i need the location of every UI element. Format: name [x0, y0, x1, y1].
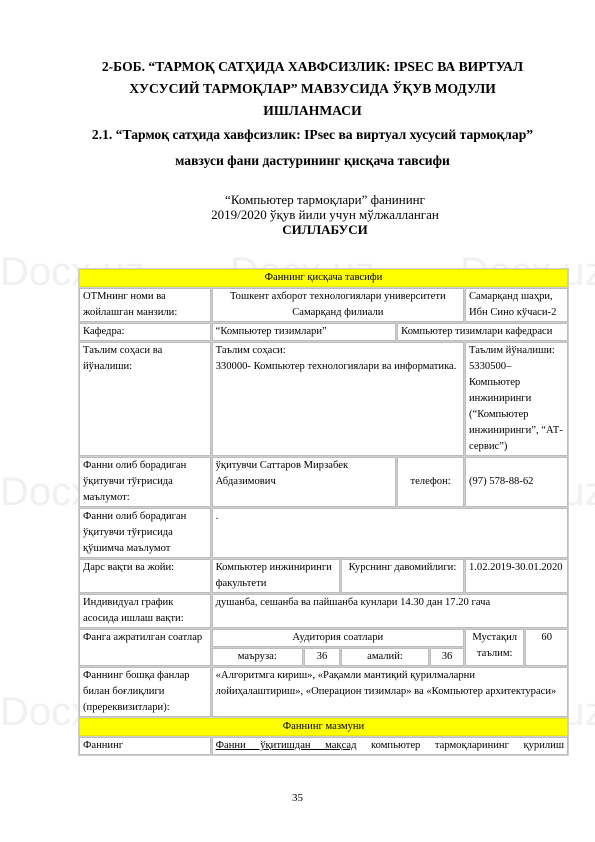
auditorium-label: Аудитория соатлари	[212, 629, 464, 647]
time-place: Компьютер инжиниринги факультети	[212, 559, 340, 593]
prereq-label: Фаннинг бошқа фанлар билан боғлиқлиги (п…	[79, 667, 211, 717]
duration-value: 1.02.2019-30.01.2020	[465, 559, 568, 593]
content-value: Фанни ўқитишдан мақсад компьютер тармоқл…	[212, 737, 568, 755]
page-number: 35	[0, 792, 595, 804]
extra-info-value: .	[212, 508, 568, 558]
chapter-heading-line1: 2-БОБ. “ТАРМОҚ САТҲИДА ХАВФСИЗЛИК: IPSEC…	[60, 56, 565, 78]
department-full: Компьютер тизимлари кафедраси	[397, 323, 568, 341]
schedule-label: Индивидуал график асосида ишлаш вақти:	[79, 594, 211, 628]
section-header-content: Фаннинг мазмуни	[79, 718, 568, 736]
syllabus-subtitle: “Компьютер тармоқлари” фанининг 2019/202…	[100, 192, 550, 237]
hours-label: Фанга ажратилган соатлар	[79, 629, 211, 666]
teacher-name: ўқитувчи Саттаров Мирзабек Абдазимович	[212, 457, 397, 507]
schedule-value: душанба, сешанба ва пайшанба кунлари 14.…	[212, 594, 568, 628]
subtitle-line1: “Компьютер тармоқлари” фанининг	[100, 192, 550, 207]
prereq-value: «Алгоритмга кириш», «Рақамли мантиқий қу…	[212, 667, 568, 717]
teacher-label: Фанни олиб борадиган ўқитувчи тўғрисида …	[79, 457, 211, 507]
field-label: Таълим соҳаси ва йўналиши:	[79, 342, 211, 456]
phone-value: (97) 578-88-62	[465, 457, 568, 507]
lecture-hours: 36	[304, 648, 340, 666]
content-value-rest: компьютер тармоқларининг қурилиш	[357, 740, 564, 751]
phone-label: телефон:	[397, 457, 464, 507]
university-label: ОТМнинг номи ва жойлашган манзили:	[79, 288, 211, 322]
section-heading: 2.1. “Тармоқ сатҳида хавфсизлик: IPsec в…	[60, 122, 565, 174]
independent-hours: 60	[525, 629, 568, 666]
practical-label: амалий:	[341, 648, 429, 666]
university-name: Тошкент ахборот технологиялари университ…	[212, 288, 464, 322]
chapter-heading: 2-БОБ. “ТАРМОҚ САТҲИДА ХАВФСИЗЛИК: IPSEC…	[60, 56, 565, 122]
university-address: Самарқанд шаҳри, Ибн Сино кўчаси-2	[465, 288, 568, 322]
department-label: Кафедра:	[79, 323, 211, 341]
syllabus-table: Фаннинг қисқача тавсифи ОТМнинг номи ва …	[78, 268, 569, 756]
lecture-label: маъруза:	[212, 648, 303, 666]
direction-title: Таълим йўналиши:	[469, 343, 564, 359]
section-header-description: Фаннинг қисқача тавсифи	[79, 269, 568, 287]
subtitle-line2: 2019/2020 ўқув йили учун мўлжалланган	[100, 207, 550, 222]
direction-cell: Таълим йўналиши: 5330500– Компьютер инжи…	[465, 342, 568, 456]
chapter-heading-line3: ИШЛАНМАСИ	[60, 100, 565, 122]
section-heading-line1: 2.1. “Тармоқ сатҳида хавфсизлик: IPsec в…	[60, 122, 565, 148]
practical-hours: 36	[430, 648, 464, 666]
duration-label: Курснинг давомийлиги:	[341, 559, 464, 593]
field-title: Таълим соҳаси:	[216, 343, 460, 359]
time-label: Дарс вақти ва жойи:	[79, 559, 211, 593]
department-value: “Компьютер тизимлари”	[212, 323, 397, 341]
independent-label: Мустақил таълим:	[465, 629, 524, 666]
field-cell: Таълим соҳаси: 330000- Компьютер техноло…	[212, 342, 464, 456]
content-label: Фаннинг	[79, 737, 211, 755]
section-heading-line2: мавзуси фани дастурининг қисқача тавсифи	[60, 148, 565, 174]
content-value-underlined: Фанни ўқитишдан мақсад	[216, 740, 357, 751]
extra-info-label: Фанни олиб борадиган ўқитувчи тўғрисида …	[79, 508, 211, 558]
direction-value: 5330500– Компьютер инжиниринги (“Компьют…	[469, 359, 564, 455]
subtitle-line3: СИЛЛАБУСИ	[100, 222, 550, 237]
chapter-heading-line2: ХУСУСИЙ ТАРМОҚЛАР” МАВЗУСИДА ЎҚУВ МОДУЛИ	[60, 78, 565, 100]
field-value: 330000- Компьютер технологиялари ва инфо…	[216, 359, 460, 375]
